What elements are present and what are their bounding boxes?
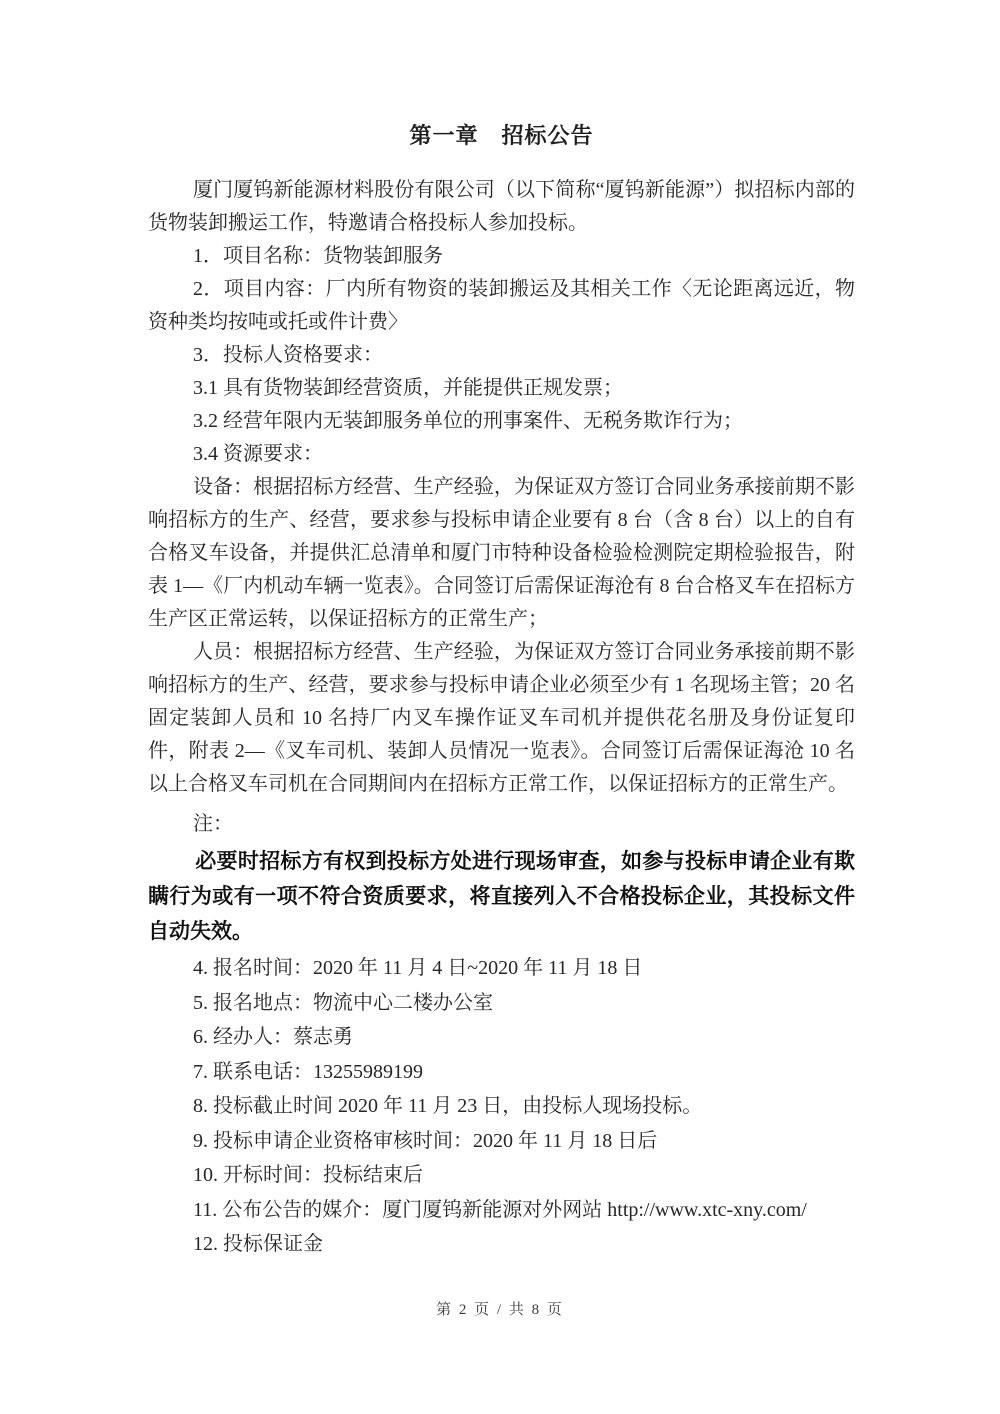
- equipment-paragraph: 设备：根据招标方经营、生产经验，为保证双方签订合同业务承接前期不影响招标方的生产…: [148, 471, 855, 636]
- page-footer: 第 2 页 / 共 8 页: [0, 1298, 1000, 1319]
- intro-paragraph: 厦门厦钨新能源材料股份有限公司（以下简称“厦钨新能源”）拟招标内部的货物装卸搬运…: [148, 174, 855, 240]
- item-10-open-time: 10. 开标时间：投标结束后: [148, 1158, 855, 1193]
- document-content: 第一章 招标公告 厦门厦钨新能源材料股份有限公司（以下简称“厦钨新能源”）拟招标…: [148, 120, 855, 1262]
- item-3-4: 3.4 资源要求：: [148, 438, 855, 471]
- item-12-deposit: 12. 投标保证金: [148, 1227, 855, 1262]
- item-7-phone: 7. 联系电话：13255989199: [148, 1055, 855, 1090]
- item-3-1: 3.1 具有货物装卸经营资质，并能提供正规发票；: [148, 372, 855, 405]
- item-6-handler: 6. 经办人：蔡志勇: [148, 1020, 855, 1055]
- note-paragraph: 必要时招标方有权到投标方处进行现场审查，如参与投标申请企业有欺瞒行为或有一项不符…: [148, 844, 855, 949]
- item-8-deadline: 8. 投标截止时间 2020 年 11 月 23 日，由投标人现场投标。: [148, 1089, 855, 1124]
- item-5-signup-place: 5. 报名地点：物流中心二楼办公室: [148, 986, 855, 1021]
- item-3-qualification: 3．投标人资格要求：: [148, 339, 855, 372]
- item-9-review-time: 9. 投标申请企业资格审核时间：2020 年 11 月 18 日后: [148, 1124, 855, 1159]
- item-4-signup-time: 4. 报名时间：2020 年 11 月 4 日~2020 年 11 月 18 日: [148, 951, 855, 986]
- document-page: 第一章 招标公告 厦门厦钨新能源材料股份有限公司（以下简称“厦钨新能源”）拟招标…: [0, 0, 1000, 1414]
- page-title: 第一章 招标公告: [148, 120, 855, 152]
- item-1-project-name: 1．项目名称：货物装卸服务: [148, 240, 855, 273]
- item-2-project-content: 2．项目内容：厂内所有物资的装卸搬运及其相关工作〈无论距离远近，物资种类均按吨或…: [148, 273, 855, 339]
- item-3-2: 3.2 经营年限内无装卸服务单位的刑事案件、无税务欺诈行为；: [148, 405, 855, 438]
- note-heading: 注：: [148, 808, 855, 841]
- document-body: 厦门厦钨新能源材料股份有限公司（以下简称“厦钨新能源”）拟招标内部的货物装卸搬运…: [148, 174, 855, 1262]
- item-11-media: 11. 公布公告的媒介：厦门厦钨新能源对外网站 http://www.xtc-x…: [148, 1193, 855, 1228]
- personnel-paragraph: 人员：根据招标方经营、生产经验，为保证双方签订合同业务承接前期不影响招标方的生产…: [148, 636, 855, 801]
